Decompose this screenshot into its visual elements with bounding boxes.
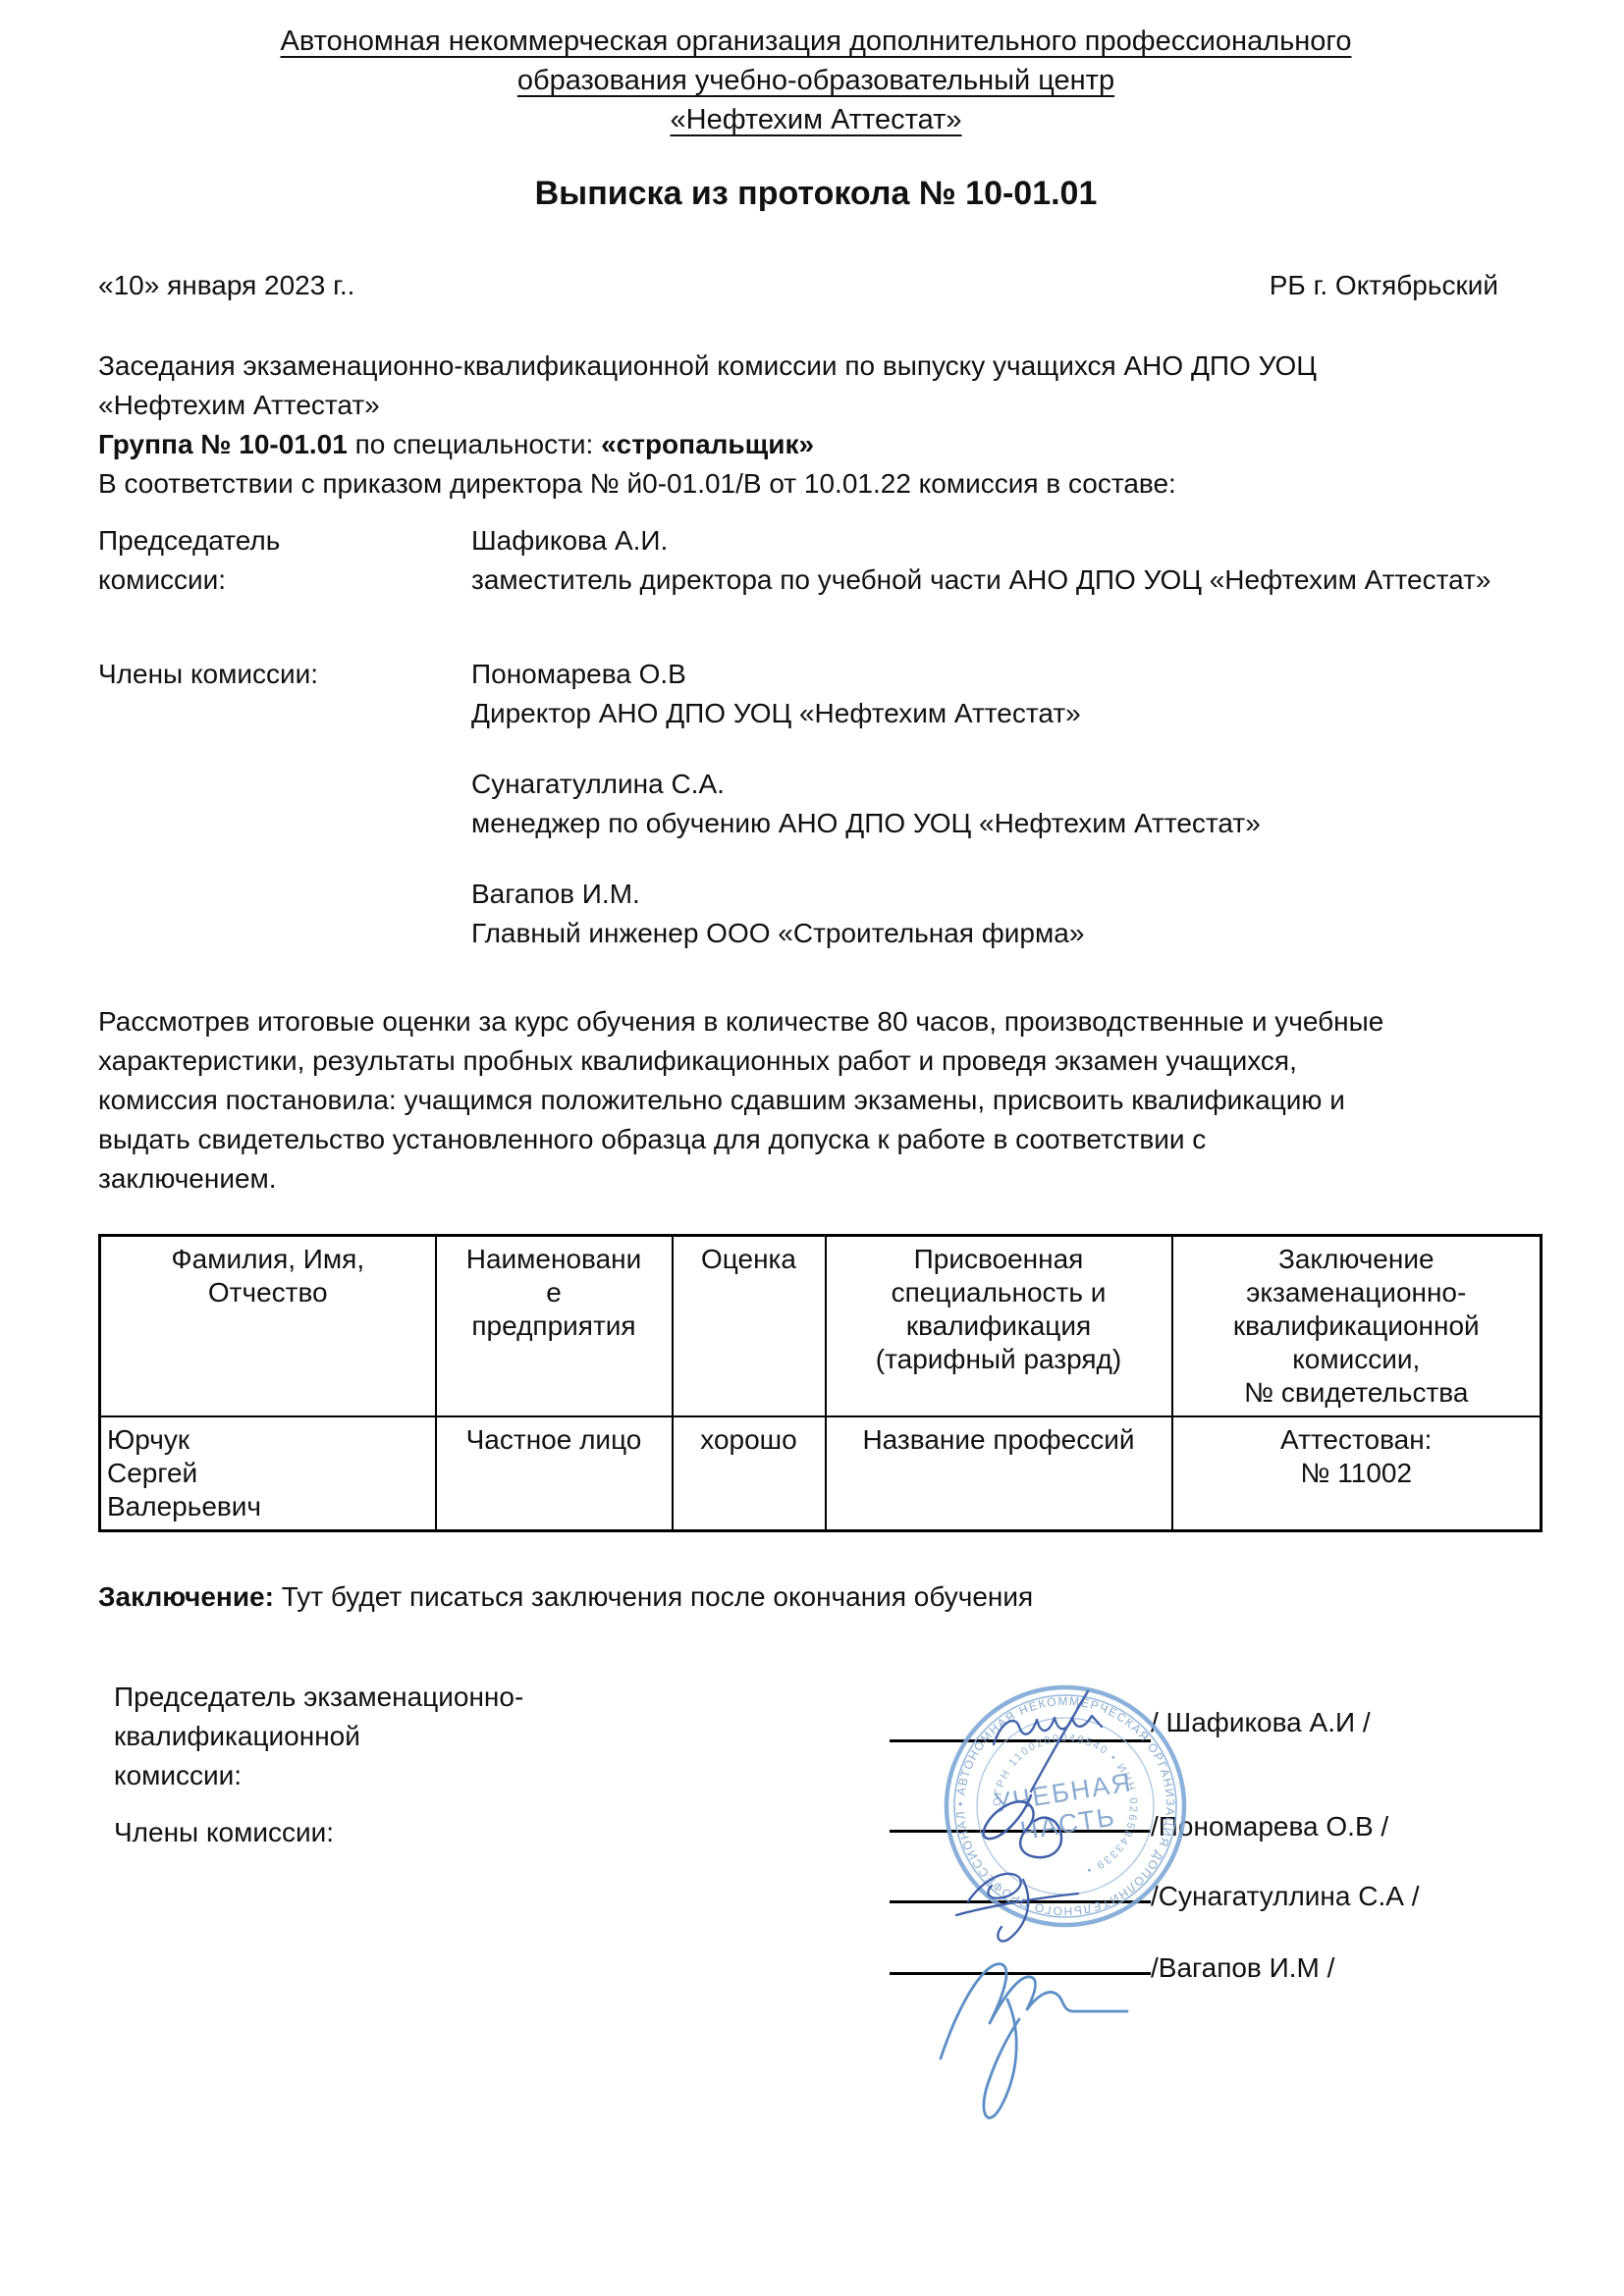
- signature-name: / Шафикова А.И /: [1151, 1703, 1371, 1742]
- group-number: Группа № 10-01.01: [98, 429, 348, 459]
- stamp-inner-ring-text: ОГРН 1100200049540 • ИНН 0265843339 •: [992, 1733, 1139, 1877]
- date-place-row: «10» января 2023 г.. РБ г. Октябрьский: [98, 266, 1534, 305]
- signature-stroke-ponomareva: [984, 1795, 1061, 1857]
- stamp-center-text: УЧЕБНАЯ ЧАСТЬ: [992, 1767, 1139, 1848]
- member-role: менеджер по обучению АНО ДПО УОЦ «Нефтех…: [471, 804, 1534, 843]
- resolution-paragraph: Рассмотрев итоговые оценки за курс обуче…: [98, 1002, 1534, 1199]
- signature-stroke-sunagatullina: [956, 1874, 1078, 1942]
- col-header-fio: Фамилия, Имя, Отчество: [100, 1236, 436, 1417]
- document-date: «10» января 2023 г..: [98, 266, 354, 305]
- member-role: заместитель директора по учебной части А…: [471, 561, 1534, 600]
- organization-header: Автономная некоммерческая организация до…: [98, 22, 1534, 139]
- signature-name: /Вагапов И.М /: [1151, 1949, 1334, 1988]
- chairman-label: Председатель комиссии:: [98, 521, 471, 600]
- cell-grade: хорошо: [673, 1416, 826, 1531]
- group-line: Группа № 10-01.01 по специальности: «стр…: [98, 425, 1534, 464]
- stamp-ring-text: • АВТОНОМНАЯ НЕКОММЕРЧЕСКАЯ ОРГАНИЗАЦИЯ …: [884, 1666, 1177, 1918]
- signature-members-label: Члены комиссии:: [114, 1813, 334, 1852]
- member-name: Шафикова А.И.: [471, 521, 1534, 561]
- table-row: Юрчук Сергей Валерьевич Частное лицо хор…: [100, 1416, 1542, 1531]
- signatures-section: Председатель экзаменационно-квалификацио…: [98, 1678, 1534, 2149]
- signature-name: /Сунагатуллина С.А /: [1151, 1877, 1419, 1916]
- document-place: РБ г. Октябрьский: [1270, 266, 1498, 305]
- committee-row-member: Сунагатуллина С.А. менеджер по обучению …: [98, 765, 1534, 843]
- col-header-specialty: Присвоенная специальность и квалификация…: [826, 1236, 1172, 1417]
- member-name: Пономарева О.В: [471, 655, 1534, 694]
- conclusion-text: Тут будет писаться заключения после окон…: [274, 1581, 1033, 1612]
- signature-chairman-label: Председатель экзаменационно-квалификацио…: [114, 1678, 703, 1795]
- members-label: Члены комиссии:: [98, 655, 471, 733]
- order-line: В соответствии с приказом директора № й0…: [98, 464, 1534, 504]
- signature-line: [890, 1972, 1151, 1975]
- member-role: Главный инженер ООО «Строительная фирма»: [471, 914, 1534, 953]
- member-name: Вагапов И.М.: [471, 875, 1534, 914]
- signature-stroke-vagapov: [941, 1964, 1127, 2118]
- svg-text:УЧЕБНАЯ: УЧЕБНАЯ: [992, 1767, 1134, 1818]
- conclusion-line: Заключение: Тут будет писаться заключени…: [98, 1577, 1534, 1617]
- col-header-enterprise: Наименовани е предприятия: [436, 1236, 673, 1417]
- member-name: Сунагатуллина С.А.: [471, 765, 1534, 804]
- cell-specialty: Название профессий: [826, 1416, 1172, 1531]
- results-table: Фамилия, Имя, Отчество Наименовани е пре…: [98, 1234, 1543, 1532]
- conclusion-label: Заключение:: [98, 1581, 274, 1612]
- signature-line: [890, 1830, 1151, 1833]
- committee-row-chairman: Председатель комиссии: Шафикова А.И. зам…: [98, 521, 1534, 600]
- stamp: • АВТОНОМНАЯ НЕКОММЕРЧЕСКАЯ ОРГАНИЗАЦИЯ …: [884, 1666, 1184, 1925]
- committee-row-member: Члены комиссии: Пономарева О.В Директор …: [98, 655, 1534, 733]
- col-header-conclusion: Заключение экзаменационно- квалификацион…: [1172, 1236, 1542, 1417]
- cell-enterprise: Частное лицо: [436, 1416, 673, 1531]
- document-title: Выписка из протокола № 10-01.01: [98, 175, 1534, 213]
- signature-name: /Пономарева О.В /: [1151, 1807, 1388, 1846]
- group-mid-text: по специальности:: [348, 429, 601, 459]
- col-header-grade: Оценка: [673, 1236, 826, 1417]
- specialty-name: «стропальщик»: [601, 429, 814, 459]
- signature-line: [890, 1739, 1151, 1742]
- svg-text:ЧАСТЬ: ЧАСТЬ: [1018, 1801, 1118, 1845]
- cell-fio: Юрчук Сергей Валерьевич: [100, 1416, 436, 1531]
- committee-row-member: Вагапов И.М. Главный инженер ООО «Строит…: [98, 875, 1534, 953]
- table-header-row: Фамилия, Имя, Отчество Наименовани е пре…: [100, 1236, 1542, 1417]
- document-page: Автономная некоммерческая организация до…: [0, 0, 1624, 2296]
- intro-section: Заседания экзаменационно-квалификационно…: [98, 347, 1534, 504]
- member-role: Директор АНО ДПО УОЦ «Нефтехим Аттестат»: [471, 694, 1534, 733]
- cell-conclusion: Аттестован: № 11002: [1172, 1416, 1542, 1531]
- signature-line: [890, 1900, 1151, 1903]
- session-line: Заседания экзаменационно-квалификационно…: [98, 347, 1534, 425]
- committee-section: Председатель комиссии: Шафикова А.И. зам…: [98, 521, 1534, 953]
